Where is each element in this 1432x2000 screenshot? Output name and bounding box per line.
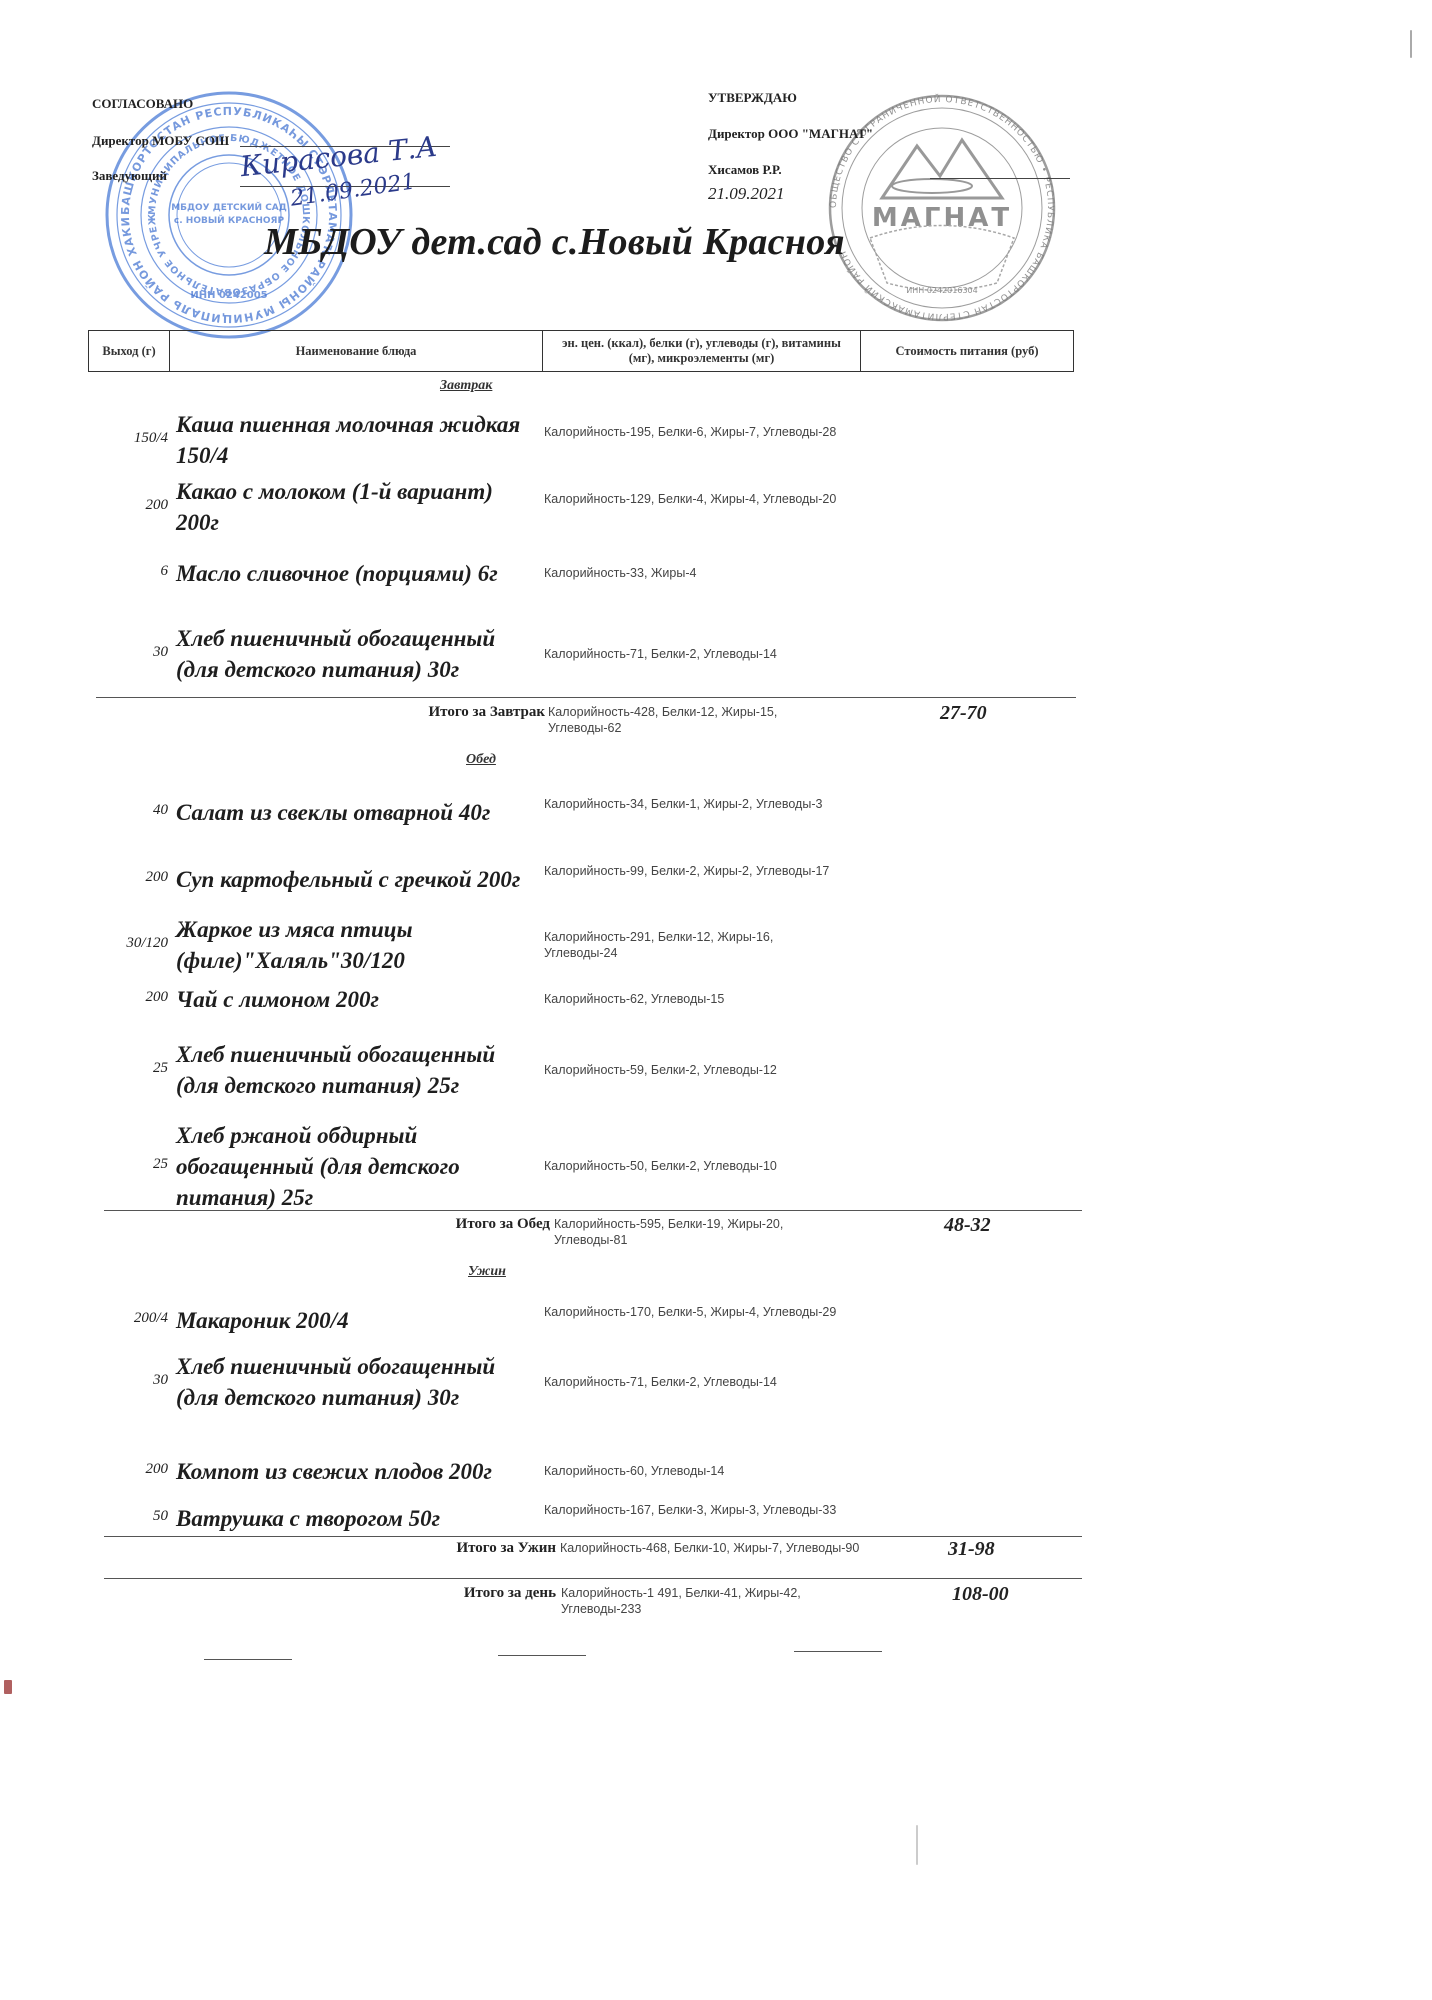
menu-row: 6Масло сливочное (порциями) 6гКалорийнос… <box>88 542 1078 604</box>
item-yield: 6 <box>88 563 168 580</box>
section-total-divider <box>104 1210 1082 1211</box>
approval-head-left: Заведующий <box>92 168 167 184</box>
item-nutrition: Калорийность-34, Белки-1, Жиры-2, Углево… <box>544 796 844 812</box>
document-title: МБДОУ дет.сад с.Новый Красноя <box>264 220 845 264</box>
item-nutrition: Калорийность-71, Белки-2, Углеводы-14 <box>544 646 844 662</box>
menu-table-header: Выход (г) Наименование блюда эн. цен. (к… <box>88 330 1074 372</box>
svg-text:ИНН 0242005: ИНН 0242005 <box>190 290 267 301</box>
approval-heading-left: СОГЛАСОВАНО <box>92 96 193 112</box>
item-nutrition: Калорийность-167, Белки-3, Жиры-3, Углев… <box>544 1502 844 1518</box>
approval-heading-right: УТВЕРЖДАЮ <box>708 90 797 106</box>
item-yield: 200 <box>88 497 168 514</box>
approval-director-left: Директор МОБУ СОШ <box>92 133 229 149</box>
section-total-divider <box>104 1536 1082 1537</box>
item-yield: 200 <box>88 1461 168 1478</box>
signature-line <box>930 178 1070 179</box>
scan-mark <box>4 1680 12 1694</box>
header-nutrition: эн. цен. (ккал), белки (г), углеводы (г)… <box>543 331 861 371</box>
menu-row: 30Хлеб пшеничный обогащенный (для детско… <box>88 606 1078 702</box>
section-total-label: Итого за Обед <box>456 1216 550 1233</box>
approval-name-right: Хисамов Р.Р. <box>708 162 782 178</box>
section-total-label: Итого за Завтрак <box>429 704 545 721</box>
item-nutrition: Калорийность-129, Белки-4, Жиры-4, Углев… <box>544 491 844 507</box>
section-total-label: Итого за Ужин <box>456 1540 556 1557</box>
item-yield: 200 <box>88 869 168 886</box>
item-dish-text: Суп картофельный с гречкой 200г <box>176 864 520 895</box>
day-total-divider <box>104 1578 1082 1579</box>
item-nutrition: Калорийность-195, Белки-6, Жиры-7, Углев… <box>544 424 844 440</box>
item-dish-name: Жаркое из мяса птицы (филе)"Халяль"30/12… <box>176 912 526 978</box>
svg-text:ИНН 0242016304: ИНН 0242016304 <box>906 286 977 295</box>
item-dish-name: Хлеб пшеничный обогащенный (для детского… <box>176 1334 526 1430</box>
item-nutrition: Калорийность-170, Белки-5, Жиры-4, Углев… <box>544 1304 844 1320</box>
item-yield: 30/120 <box>88 935 168 952</box>
day-total-nutrition: Калорийность-1 491, Белки-41, Жиры-42, У… <box>561 1585 861 1617</box>
approval-director-right: Директор ООО "МАГНАТ" <box>708 126 873 142</box>
item-nutrition: Калорийность-62, Углеводы-15 <box>544 991 844 1007</box>
item-dish-text: Макароник 200/4 <box>176 1305 349 1336</box>
item-yield: 30 <box>88 644 168 661</box>
item-dish-text: Масло сливочное (порциями) 6г <box>176 558 498 589</box>
item-yield: 150/4 <box>88 430 168 447</box>
section-title-2: Ужин <box>468 1264 506 1280</box>
item-dish-text: Хлеб пшеничный обогащенный (для детского… <box>176 1039 526 1101</box>
menu-row: 30Хлеб пшеничный обогащенный (для детско… <box>88 1334 1078 1430</box>
item-nutrition: Калорийность-99, Белки-2, Жиры-2, Углево… <box>544 863 844 879</box>
item-dish-name: Какао с молоком (1-й вариант) 200г <box>176 474 526 540</box>
menu-row: 50Ватрушка с творогом 50гКалорийность-16… <box>88 1500 1078 1536</box>
item-dish-name: Хлеб пшеничный обогащенный (для детского… <box>176 606 526 702</box>
item-nutrition: Калорийность-71, Белки-2, Углеводы-14 <box>544 1374 844 1390</box>
item-dish-text: Каша пшенная молочная жидкая 150/4 <box>176 409 526 471</box>
item-nutrition: Калорийность-33, Жиры-4 <box>544 565 844 581</box>
item-dish-name: Хлеб пшеничный обогащенный (для детского… <box>176 1022 526 1118</box>
section-total-cost: 31-98 <box>948 1538 995 1561</box>
item-nutrition: Калорийность-291, Белки-12, Жиры-16, Угл… <box>544 929 844 961</box>
item-dish-text: Чай с лимоном 200г <box>176 984 379 1015</box>
item-dish-name: Каша пшенная молочная жидкая 150/4 <box>176 408 526 472</box>
menu-row: 200Суп картофельный с гречкой 200гКалори… <box>88 846 1078 912</box>
menu-row: 40Салат из свеклы отварной 40гКалорийнос… <box>88 780 1078 844</box>
menu-row: 200Какао с молоком (1-й вариант) 200гКал… <box>88 474 1078 540</box>
item-dish-text: Жаркое из мяса птицы (филе)"Халяль"30/12… <box>176 914 526 976</box>
header-cost: Стоимость питания (руб) <box>861 331 1073 371</box>
menu-row: 25Хлеб ржаной обдирный обогащенный (для … <box>88 1118 1078 1214</box>
organization-stamp-blue: БАШКОРТОСТАН РЕСПУБЛИКАҺЫ СТӘРЛЕТАМАҠ РА… <box>94 88 364 343</box>
section-title-0: Завтрак <box>440 378 492 394</box>
item-dish-name: Салат из свеклы отварной 40г <box>176 780 526 844</box>
signature-blank <box>204 1659 292 1660</box>
item-dish-text: Какао с молоком (1-й вариант) 200г <box>176 476 526 538</box>
item-dish-name: Суп картофельный с гречкой 200г <box>176 846 526 912</box>
item-dish-text: Хлеб пшеничный обогащенный (для детского… <box>176 1351 526 1413</box>
item-yield: 25 <box>88 1060 168 1077</box>
item-nutrition: Калорийность-59, Белки-2, Углеводы-12 <box>544 1062 844 1078</box>
item-dish-name: Масло сливочное (порциями) 6г <box>176 542 526 604</box>
section-total-cost: 27-70 <box>940 702 987 725</box>
menu-row: 200Чай с лимоном 200гКалорийность-62, Уг… <box>88 982 1078 1016</box>
day-total-cost: 108-00 <box>952 1583 1009 1606</box>
item-dish-text: Хлеб пшеничный обогащенный (для детского… <box>176 623 526 685</box>
item-yield: 25 <box>88 1156 168 1173</box>
item-nutrition: Калорийность-50, Белки-2, Углеводы-10 <box>544 1158 844 1174</box>
section-total-cost: 48-32 <box>944 1214 991 1237</box>
section-total-nutrition: Калорийность-428, Белки-12, Жиры-15, Угл… <box>548 704 848 736</box>
item-nutrition: Калорийность-60, Углеводы-14 <box>544 1463 844 1479</box>
svg-text:МБДОУ ДЕТСКИЙ САД: МБДОУ ДЕТСКИЙ САД <box>171 201 287 213</box>
item-dish-name: Хлеб ржаной обдирный обогащенный (для де… <box>176 1118 526 1214</box>
scan-mark <box>916 1825 918 1865</box>
header-dish-name: Наименование блюда <box>170 331 543 371</box>
svg-text:МАГНАТ: МАГНАТ <box>872 203 1012 233</box>
item-dish-text: Салат из свеклы отварной 40г <box>176 797 490 828</box>
menu-row: 200Компот из свежих плодов 200гКалорийно… <box>88 1440 1078 1502</box>
item-dish-text: Компот из свежих плодов 200г <box>176 1456 492 1487</box>
menu-row: 25Хлеб пшеничный обогащенный (для детско… <box>88 1022 1078 1118</box>
item-yield: 40 <box>88 802 168 819</box>
section-total-nutrition: Калорийность-468, Белки-10, Жиры-7, Угле… <box>560 1540 860 1556</box>
item-dish-name: Чай с лимоном 200г <box>176 982 526 1016</box>
approval-date-right: 21.09.2021 <box>708 184 785 204</box>
menu-row: 30/120Жаркое из мяса птицы (филе)"Халяль… <box>88 912 1078 978</box>
item-dish-name: Компот из свежих плодов 200г <box>176 1440 526 1502</box>
item-dish-text: Ватрушка с творогом 50г <box>176 1503 440 1534</box>
item-dish-text: Хлеб ржаной обдирный обогащенный (для де… <box>176 1120 526 1213</box>
section-total-divider <box>96 697 1076 698</box>
company-stamp-gray: ОБЩЕСТВО С ОГРАНИЧЕННОЙ ОТВЕТСТВЕННОСТЬЮ… <box>822 88 1062 328</box>
scan-mark <box>1410 30 1412 58</box>
signature-blank <box>794 1651 882 1652</box>
item-yield: 200/4 <box>88 1310 168 1327</box>
item-yield: 30 <box>88 1372 168 1389</box>
header-yield: Выход (г) <box>89 331 170 371</box>
item-yield: 50 <box>88 1508 168 1525</box>
day-total-label: Итого за день <box>464 1585 556 1602</box>
item-dish-name: Ватрушка с творогом 50г <box>176 1500 526 1536</box>
section-total-nutrition: Калорийность-595, Белки-19, Жиры-20, Угл… <box>554 1216 854 1248</box>
item-yield: 200 <box>88 989 168 1006</box>
section-title-1: Обед <box>466 752 496 768</box>
menu-row: 150/4Каша пшенная молочная жидкая 150/4К… <box>88 408 1078 472</box>
signature-blank <box>498 1655 586 1656</box>
